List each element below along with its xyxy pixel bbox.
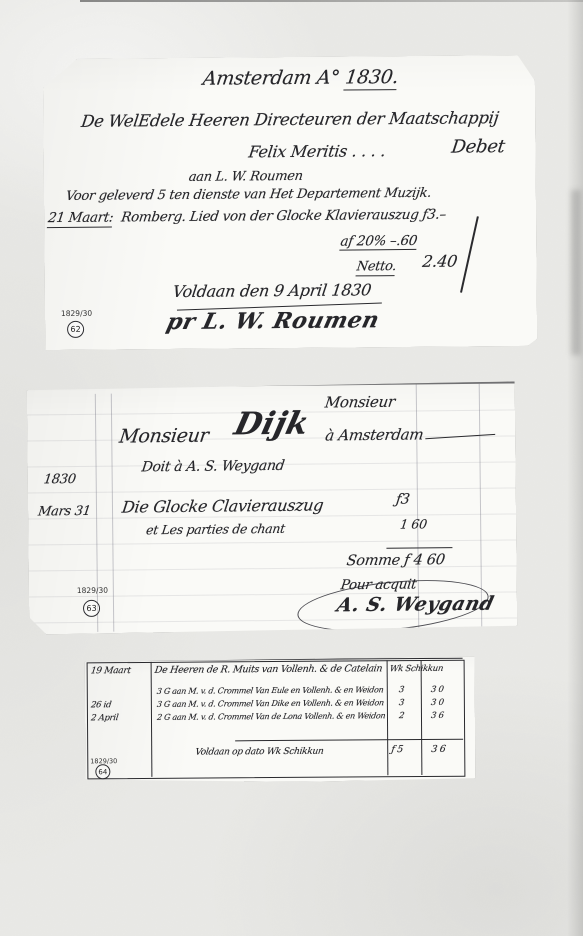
doc1-year: 1830. (344, 66, 400, 90)
scanned-archive-page: Amsterdam A° 1830. De WelEdele Heeren Di… (0, 0, 583, 936)
doc2-monsieur: Monsieur (118, 427, 210, 448)
doc2-year: 1830 (43, 473, 77, 487)
doc1-netto-label: Netto. (356, 260, 398, 276)
doc3-row3-date: 2 April (90, 714, 118, 723)
doc3-row2-amt: 3 0 (430, 699, 444, 708)
doc3-total-label: Voldaan op dato Wk Schikkun (195, 748, 324, 758)
doc2-date: Mars 31 (37, 505, 91, 519)
doc1-archive-number-stamp: 62 (67, 321, 84, 338)
receipt-weygand: Monsieur Monsieur Dijk à Amsterdam Doit … (27, 381, 518, 634)
doc1-debet-label: Debet (450, 138, 505, 157)
scan-right-shadow (567, 0, 583, 936)
doc2-somme-line: Somme ƒ 4 60 (346, 553, 446, 569)
scan-right-dark-band (571, 190, 581, 355)
doc3-row1-amt: 3 0 (430, 686, 444, 695)
doc2-item1: Die Glocke Clavierauszug (121, 497, 324, 516)
doc1-discount-line: af 20% –.60 (339, 234, 418, 251)
doc3-row2-date: 26 id (90, 701, 111, 710)
doc1-aan-line: aan L. W. Roumen (188, 170, 304, 185)
doc2-sum-rule (386, 547, 452, 549)
doc1-signature: pr L. W. Roumen (164, 309, 381, 334)
doc2-archive-ref: 1829/30 (77, 586, 108, 595)
doc2-doit-line: Doit à A. S. Weygand (141, 459, 286, 475)
doc1-florin-stroke (460, 216, 478, 292)
doc2-amount2: 1 60 (399, 517, 427, 530)
doc3-row3-desc: 2 G aan M. v. d. Crommel Van de Lona Vol… (156, 712, 385, 722)
doc1-city: Amsterdam A° (202, 67, 342, 90)
doc1-paid-line: Voldaan den 9 April 1830 (172, 282, 372, 301)
doc3-row1-desc: 3 G aan M. v. d. Crommel Van Eule en Vol… (156, 686, 384, 696)
doc1-felix-meritis: Felix Meritis . . . . (247, 143, 386, 161)
doc1-archive-ref: 1829/30 (61, 309, 92, 318)
doc3-total-amt: 3 6 (431, 745, 447, 755)
receipt-table: 19 Maart De Heeren de R. Muits van Volle… (85, 657, 476, 784)
doc2-addressee-name: Dijk (231, 408, 312, 441)
doc2-ruled-line (28, 487, 516, 493)
doc1-voor-line: Voor geleverd 5 ten dienste van Het Depa… (65, 187, 432, 204)
doc2-signature-flourish (295, 572, 491, 639)
doc2-archive-number-stamp: 63 (83, 600, 100, 617)
doc1-item-date: 21 Maart: (47, 210, 114, 229)
doc2-amount1: ƒ3 (395, 493, 410, 508)
doc1-item-text: Romberg. Lied von der Glocke Klavierausz… (120, 207, 447, 226)
doc3-row0-name: Wk Schikkun (389, 665, 444, 674)
doc1-heading: Amsterdam A° 1830. (202, 68, 400, 90)
doc3-row3-amt: 3 6 (430, 712, 444, 721)
doc1-addressee: De WelEdele Heeren Directeuren der Maats… (80, 109, 499, 130)
doc2-item2: et Les parties de chant (145, 522, 285, 537)
doc3-archive-number-stamp: 64 (95, 764, 110, 779)
doc2-monsieur-top: Monsieur (324, 395, 396, 412)
doc1-netto-value: 2.40 (421, 254, 458, 271)
scan-top-edge-line (80, 0, 583, 2)
doc3-row2-desc: 3 G aan M. v. d. Crommel Van Dike en Vol… (156, 699, 384, 709)
doc3-total-qty: ƒ 5 (391, 745, 404, 755)
doc1-item-line: 21 Maart: Romberg. Lied von der Glocke K… (47, 208, 447, 226)
doc3-row0-desc: De Heeren de R. Muits van Vollenh. & de … (154, 664, 383, 676)
doc2-place: à Amsterdam (324, 427, 424, 444)
doc3-row0-date: 19 Maart (90, 667, 131, 677)
doc2-ruled-line (28, 539, 516, 545)
receipt-roumen: Amsterdam A° 1830. De WelEdele Heeren Di… (43, 55, 538, 350)
